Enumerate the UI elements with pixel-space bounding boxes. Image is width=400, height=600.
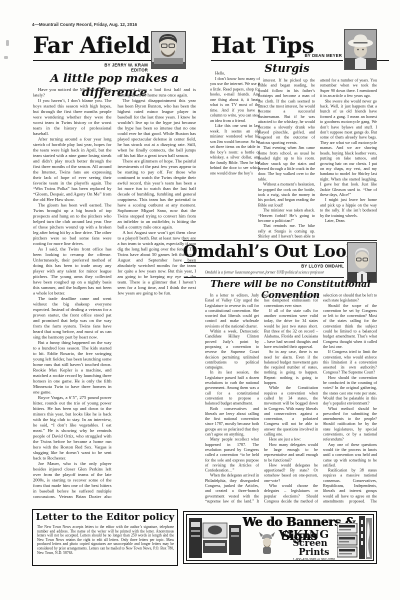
omdahl-credit: Omdahl is a former lieutenant governor, … (185, 270, 344, 276)
meyer-headshot-photo (344, 29, 377, 70)
kram-headshot-photo (151, 31, 186, 69)
ad-poster-stack (337, 523, 359, 564)
omdahl-title: Omdahl’s Out Look (183, 242, 357, 261)
letter-policy-body: The New Town News accepts letters to the… (37, 525, 174, 564)
ad-vertical-banner (359, 516, 372, 564)
ad-box: We do Banners & Signs VIKING Screen Prin… (183, 511, 377, 564)
omdahl-byline: BY LLOYD OMDAHL (226, 264, 344, 270)
hat-tips-rule-right (377, 60, 389, 61)
hat-tips-column-1: Hello,I don’t know how many of you use t… (210, 71, 260, 240)
scan-artifact (6, 40, 9, 46)
ad-banner-photos (189, 516, 243, 564)
ad-brand-prints: Prints (283, 548, 345, 558)
letter-policy-title: Letter to the Editor policy (33, 512, 177, 523)
omdahl-headshot-photo (347, 242, 377, 283)
scan-artifact (4, 56, 8, 59)
sturgis-headline: Sturgis (256, 62, 318, 75)
far-afield-columns: Have you noticed the Minnesota Twins lat… (33, 87, 196, 505)
far-afield-title: Far Afield (33, 33, 150, 59)
hat-tips-columns-2-3: interest. If he picked up the Bible and … (258, 78, 377, 241)
hat-tips-byline: BY DEAN MEYER (252, 53, 342, 60)
omdahl-top-rule (183, 240, 377, 241)
omdahl-columns: In a letter to editors, Judy Estad of Va… (205, 293, 377, 508)
letter-policy-box: Letter to the Editor policy The New Town… (32, 509, 178, 566)
masthead: 4—Mountrail County Record, Friday, Aug. … (32, 22, 212, 30)
omdahl-rule-2 (184, 277, 344, 278)
